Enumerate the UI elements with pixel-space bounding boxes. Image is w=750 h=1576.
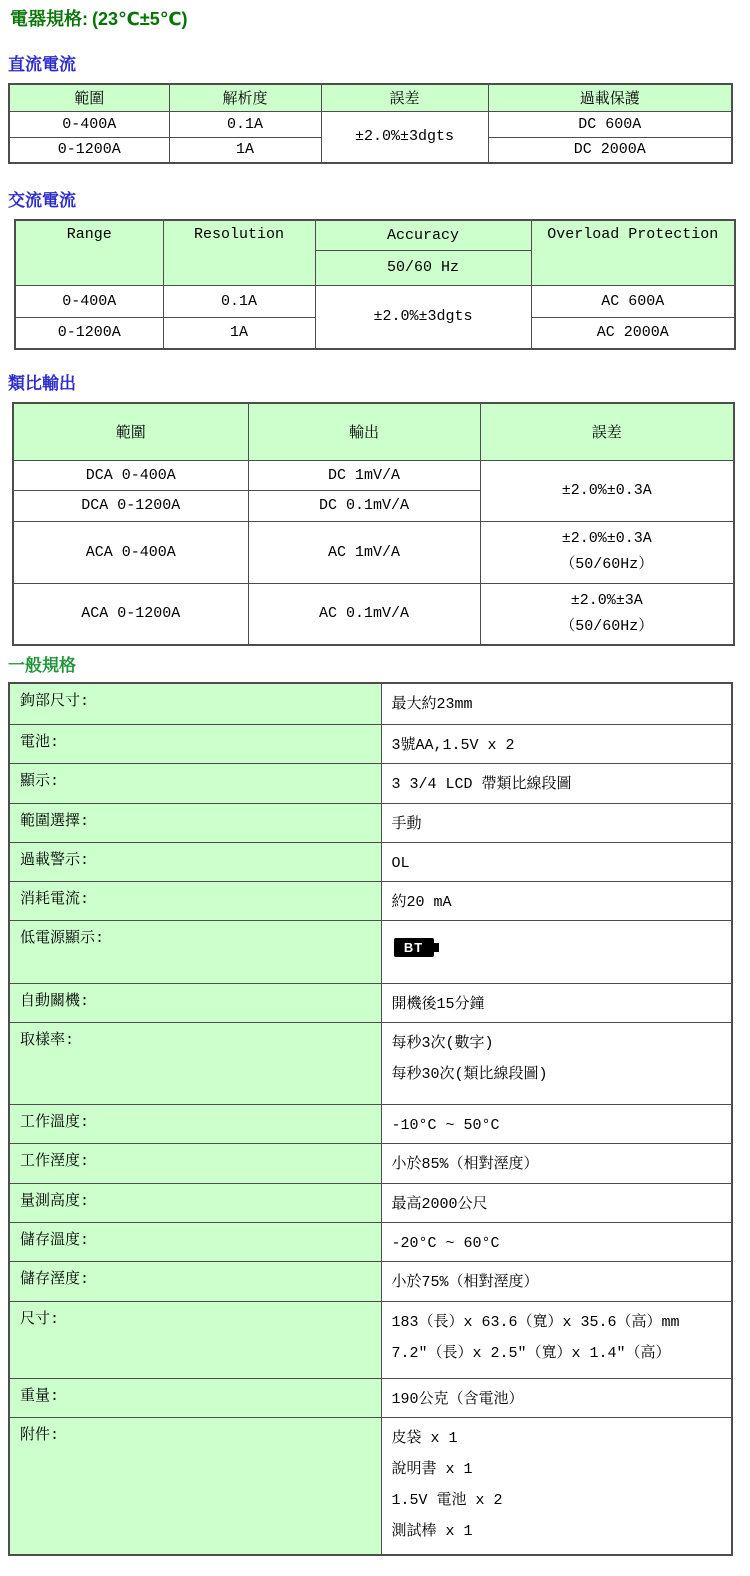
table-row: 電池: 3號AA,1.5V x 2	[9, 724, 732, 763]
analog-output-cell: AC 1mV/A	[248, 521, 480, 583]
table-row: 0-400A 0.1A ±2.0%±3dgts DC 600A	[9, 111, 732, 137]
ac-resolution-cell: 1A	[163, 317, 315, 349]
spec-label: 顯示:	[9, 763, 381, 803]
spec-label: 工作溼度:	[9, 1143, 381, 1183]
dc-header-range: 範圍	[9, 84, 169, 111]
analog-output-cell: DC 0.1mV/A	[248, 490, 480, 521]
dc-header-protection: 過載保護	[488, 84, 732, 111]
spec-value: 3號AA,1.5V x 2	[381, 724, 732, 763]
table-row: DCA 0-400A DC 1mV/A ±2.0%±0.3A	[13, 460, 734, 490]
ac-resolution-cell: 0.1A	[163, 285, 315, 317]
spec-value: 小於75%（相對溼度）	[381, 1261, 732, 1301]
dc-protection-cell: DC 2000A	[488, 137, 732, 163]
spec-value: 皮袋 x 1 說明書 x 1 1.5V 電池 x 2 測試棒 x 1	[381, 1417, 732, 1555]
spec-label: 尺寸:	[9, 1301, 381, 1378]
spec-value: 3 3/4 LCD 帶類比線段圖	[381, 763, 732, 803]
table-row: 尺寸: 183（長）x 63.6（寬）x 35.6（高）mm 7.2"（長）x …	[9, 1301, 732, 1378]
analog-output-cell: AC 0.1mV/A	[248, 583, 480, 645]
table-row: 鉤部尺寸: 最大約23mm	[9, 683, 732, 724]
table-row: 0-400A 0.1A ±2.0%±3dgts AC 600A	[15, 285, 735, 317]
table-row: 取樣率: 每秒3次(數字) 每秒30次(類比線段圖)	[9, 1022, 732, 1104]
analog-error-cell: ±2.0%±0.3A （50/60Hz）	[480, 521, 734, 583]
analog-header-output: 輸出	[248, 403, 480, 460]
section-heading-analog-output: 類比輸出	[8, 373, 742, 394]
spec-label: 電池:	[9, 724, 381, 763]
spec-value: 190公克（含電池）	[381, 1378, 732, 1417]
table-header-row: 範圍 輸出 誤差	[13, 403, 734, 460]
spec-value: -20°C ~ 60°C	[381, 1222, 732, 1261]
spec-value: 最高2000公尺	[381, 1183, 732, 1222]
spec-label: 附件:	[9, 1417, 381, 1555]
analog-output-table: 範圍 輸出 誤差 DCA 0-400A DC 1mV/A ±2.0%±0.3A …	[12, 402, 735, 646]
low-battery-icon: BT	[394, 938, 434, 957]
spec-value: 小於85%（相對溼度）	[381, 1143, 732, 1183]
ac-header-range: Range	[15, 220, 163, 285]
section-heading-general-specs: 一般規格	[8, 655, 742, 676]
table-row: 消耗電流: 約20 mA	[9, 881, 732, 920]
spec-label: 範圍選擇:	[9, 803, 381, 842]
spec-label: 工作溫度:	[9, 1104, 381, 1143]
ac-header-accuracy: Accuracy	[315, 220, 531, 250]
analog-range-cell: DCA 0-400A	[13, 460, 248, 490]
table-row: ACA 0-1200A AC 0.1mV/A ±2.0%±3A （50/60Hz…	[13, 583, 734, 645]
ac-header-protection: Overload Protection	[531, 220, 735, 285]
dc-header-accuracy: 誤差	[321, 84, 488, 111]
ac-range-cell: 0-1200A	[15, 317, 163, 349]
table-row: 儲存溫度: -20°C ~ 60°C	[9, 1222, 732, 1261]
dc-accuracy-cell: ±2.0%±3dgts	[321, 111, 488, 163]
table-row: 過載警示: OL	[9, 842, 732, 881]
table-row: 自動關機: 開機後15分鐘	[9, 983, 732, 1022]
spec-label: 消耗電流:	[9, 881, 381, 920]
table-row: 工作溫度: -10°C ~ 50°C	[9, 1104, 732, 1143]
spec-value: 183（長）x 63.6（寬）x 35.6（高）mm 7.2"（長）x 2.5"…	[381, 1301, 732, 1378]
section-heading-ac-current: 交流電流	[8, 190, 742, 211]
ac-current-table: Range Resolution Accuracy Overload Prote…	[14, 219, 736, 350]
ac-protection-cell: AC 2000A	[531, 317, 735, 349]
analog-error-cell: ±2.0%±0.3A	[480, 460, 734, 521]
table-row: 工作溼度: 小於85%（相對溼度）	[9, 1143, 732, 1183]
spec-label: 過載警示:	[9, 842, 381, 881]
spec-label: 低電源顯示:	[9, 920, 381, 983]
error-value: ±2.0%±0.3A	[485, 526, 730, 552]
table-row: 重量: 190公克（含電池）	[9, 1378, 732, 1417]
general-specs-table: 鉤部尺寸: 最大約23mm 電池: 3號AA,1.5V x 2 顯示: 3 3/…	[8, 682, 733, 1556]
analog-error-cell: ±2.0%±3A （50/60Hz）	[480, 583, 734, 645]
ac-accuracy-cell: ±2.0%±3dgts	[315, 285, 531, 349]
table-row: 範圍選擇: 手動	[9, 803, 732, 842]
low-battery-icon-label: BT	[404, 940, 423, 955]
analog-range-cell: ACA 0-1200A	[13, 583, 248, 645]
dc-resolution-cell: 1A	[169, 137, 321, 163]
dc-resolution-cell: 0.1A	[169, 111, 321, 137]
table-row: ACA 0-400A AC 1mV/A ±2.0%±0.3A （50/60Hz）	[13, 521, 734, 583]
dc-current-table: 範圍 解析度 誤差 過載保護 0-400A 0.1A ±2.0%±3dgts D…	[8, 83, 733, 164]
dc-range-cell: 0-1200A	[9, 137, 169, 163]
page-title-condition: (23℃±5℃)	[92, 9, 188, 29]
analog-range-cell: DCA 0-1200A	[13, 490, 248, 521]
spec-document: 電器規格:(23℃±5℃) 直流電流 範圍 解析度 誤差 過載保護 0-400A…	[0, 0, 750, 1576]
table-row: 附件: 皮袋 x 1 說明書 x 1 1.5V 電池 x 2 測試棒 x 1	[9, 1417, 732, 1555]
spec-label: 儲存溼度:	[9, 1261, 381, 1301]
dc-header-resolution: 解析度	[169, 84, 321, 111]
ac-header-resolution: Resolution	[163, 220, 315, 285]
table-row: 低電源顯示: BT	[9, 920, 732, 983]
spec-value: 最大約23mm	[381, 683, 732, 724]
spec-label: 儲存溫度:	[9, 1222, 381, 1261]
ac-protection-cell: AC 600A	[531, 285, 735, 317]
error-note: （50/60Hz）	[485, 614, 730, 640]
analog-range-cell: ACA 0-400A	[13, 521, 248, 583]
analog-header-error: 誤差	[480, 403, 734, 460]
table-row: 儲存溼度: 小於75%（相對溼度）	[9, 1261, 732, 1301]
table-row: 顯示: 3 3/4 LCD 帶類比線段圖	[9, 763, 732, 803]
spec-value: OL	[381, 842, 732, 881]
spec-label: 重量:	[9, 1378, 381, 1417]
ac-subheader-frequency: 50/60 Hz	[315, 250, 531, 285]
ac-range-cell: 0-400A	[15, 285, 163, 317]
spec-label: 鉤部尺寸:	[9, 683, 381, 724]
spec-value: 手動	[381, 803, 732, 842]
spec-value: -10°C ~ 50°C	[381, 1104, 732, 1143]
table-header-row: 範圍 解析度 誤差 過載保護	[9, 84, 732, 111]
table-header-row: Range Resolution Accuracy Overload Prote…	[15, 220, 735, 250]
dc-protection-cell: DC 600A	[488, 111, 732, 137]
spec-label: 取樣率:	[9, 1022, 381, 1104]
analog-output-cell: DC 1mV/A	[248, 460, 480, 490]
spec-value: 開機後15分鐘	[381, 983, 732, 1022]
spec-label: 自動關機:	[9, 983, 381, 1022]
analog-header-range: 範圍	[13, 403, 248, 460]
spec-value: BT	[381, 920, 732, 983]
table-row: 量測高度: 最高2000公尺	[9, 1183, 732, 1222]
error-note: （50/60Hz）	[485, 552, 730, 578]
dc-range-cell: 0-400A	[9, 111, 169, 137]
spec-value: 約20 mA	[381, 881, 732, 920]
spec-value: 每秒3次(數字) 每秒30次(類比線段圖)	[381, 1022, 732, 1104]
section-heading-dc-current: 直流電流	[8, 54, 742, 75]
spec-label: 量測高度:	[9, 1183, 381, 1222]
error-value: ±2.0%±3A	[485, 588, 730, 614]
page-title: 電器規格:(23℃±5℃)	[10, 8, 742, 30]
page-title-text: 電器規格:	[10, 9, 88, 29]
